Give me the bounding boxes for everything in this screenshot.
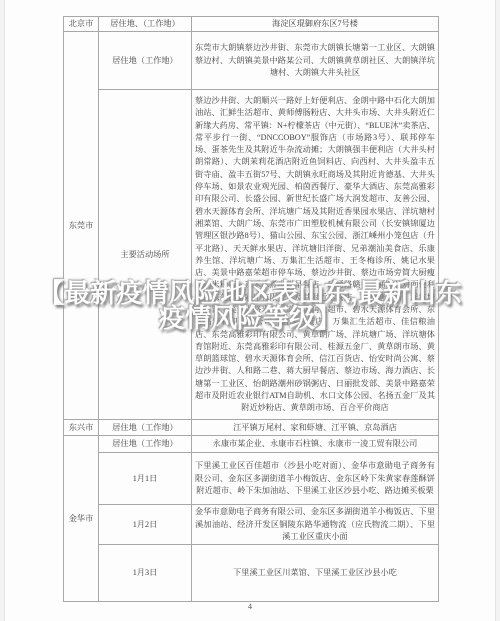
table-row: 金华市 居住地（工作地） 永康市某企业、永康市石柱镇、永康市一凌工贸有限公司: [64, 436, 439, 453]
city-cell-dongguan: 东莞市: [64, 32, 99, 420]
row-label: 居住地、（工作地）: [99, 17, 192, 32]
row-label: 主要活动场所: [99, 90, 192, 420]
table-row: 东莞市 居住地（工作地） 东莞市大朗镇蔡边沙井街、东莞市大朗镇长塘第一工业区、大…: [64, 32, 439, 90]
page-number: 4: [5, 602, 495, 611]
table-row: 1月3日 下里溪工业区川菜馆、下里溪工业区沙县小吃: [64, 545, 439, 602]
row-label: 居住地（工作地）: [99, 436, 192, 453]
row-content: 江平镇万尾村、家和虾塘、江平镇、京岛酒店: [192, 420, 439, 436]
row-content: 海淀区琨御府东区7号楼: [192, 17, 439, 32]
table-row: 主要活动场所 蔡边沙井街、大朗顺兴一路好上好便利店、金朗中路中石化大朗加油站、汇…: [64, 90, 439, 420]
row-content: 东莞市大朗镇蔡边沙井街、东莞市大朗镇长塘第一工业区、大朗镇蔡边村、大朗镇美景中路…: [192, 32, 439, 90]
table-row: 东兴市 居住地（工作地） 江平镇万尾村、家和虾塘、江平镇、京岛酒店: [64, 420, 439, 436]
row-label-date: 1月1日: [99, 453, 192, 505]
row-content: 下里溪工业区川菜馆、下里溪工业区沙县小吃: [192, 545, 439, 602]
row-content: 金华市意勋电子商务有限公司、金东区多湖街道羊小梅饭店、下里溪加油站、经济开发区铜…: [192, 505, 439, 545]
row-content: 下里溪工业区百佳超市（沙县小吃对面）、金华市意勋电子商务有限公司、金东区多湖街道…: [192, 453, 439, 505]
city-cell-dongxing: 东兴市: [64, 420, 99, 436]
row-content: 蔡边沙井街、大朗顺兴一路好上好便利店、金朗中路中石化大朗加油站、汇鲜生活超市、黄…: [192, 90, 439, 420]
table-row: 北京市 居住地、（工作地） 海淀区琨御府东区7号楼: [64, 17, 439, 32]
row-label-date: 1月3日: [99, 545, 192, 602]
scanned-page: 北京市 居住地、（工作地） 海淀区琨御府东区7号楼 东莞市 居住地（工作地） 东…: [4, 0, 496, 621]
city-cell-beijing: 北京市: [64, 17, 99, 32]
risk-area-table: 北京市 居住地、（工作地） 海淀区琨御府东区7号楼 东莞市 居住地（工作地） 东…: [63, 16, 439, 602]
table-row: 1月2日 金华市意勋电子商务有限公司、金东区多湖街道羊小梅饭店、下里溪加油站、经…: [64, 505, 439, 545]
row-content: 永康市某企业、永康市石柱镇、永康市一凌工贸有限公司: [192, 436, 439, 453]
row-label-date: 1月2日: [99, 505, 192, 545]
row-label: 居住地（工作地）: [99, 420, 192, 436]
row-label: 居住地（工作地）: [99, 32, 192, 90]
table-row: 1月1日 下里溪工业区百佳超市（沙县小吃对面）、金华市意勋电子商务有限公司、金东…: [64, 453, 439, 505]
city-cell-jinhua: 金华市: [64, 436, 99, 602]
